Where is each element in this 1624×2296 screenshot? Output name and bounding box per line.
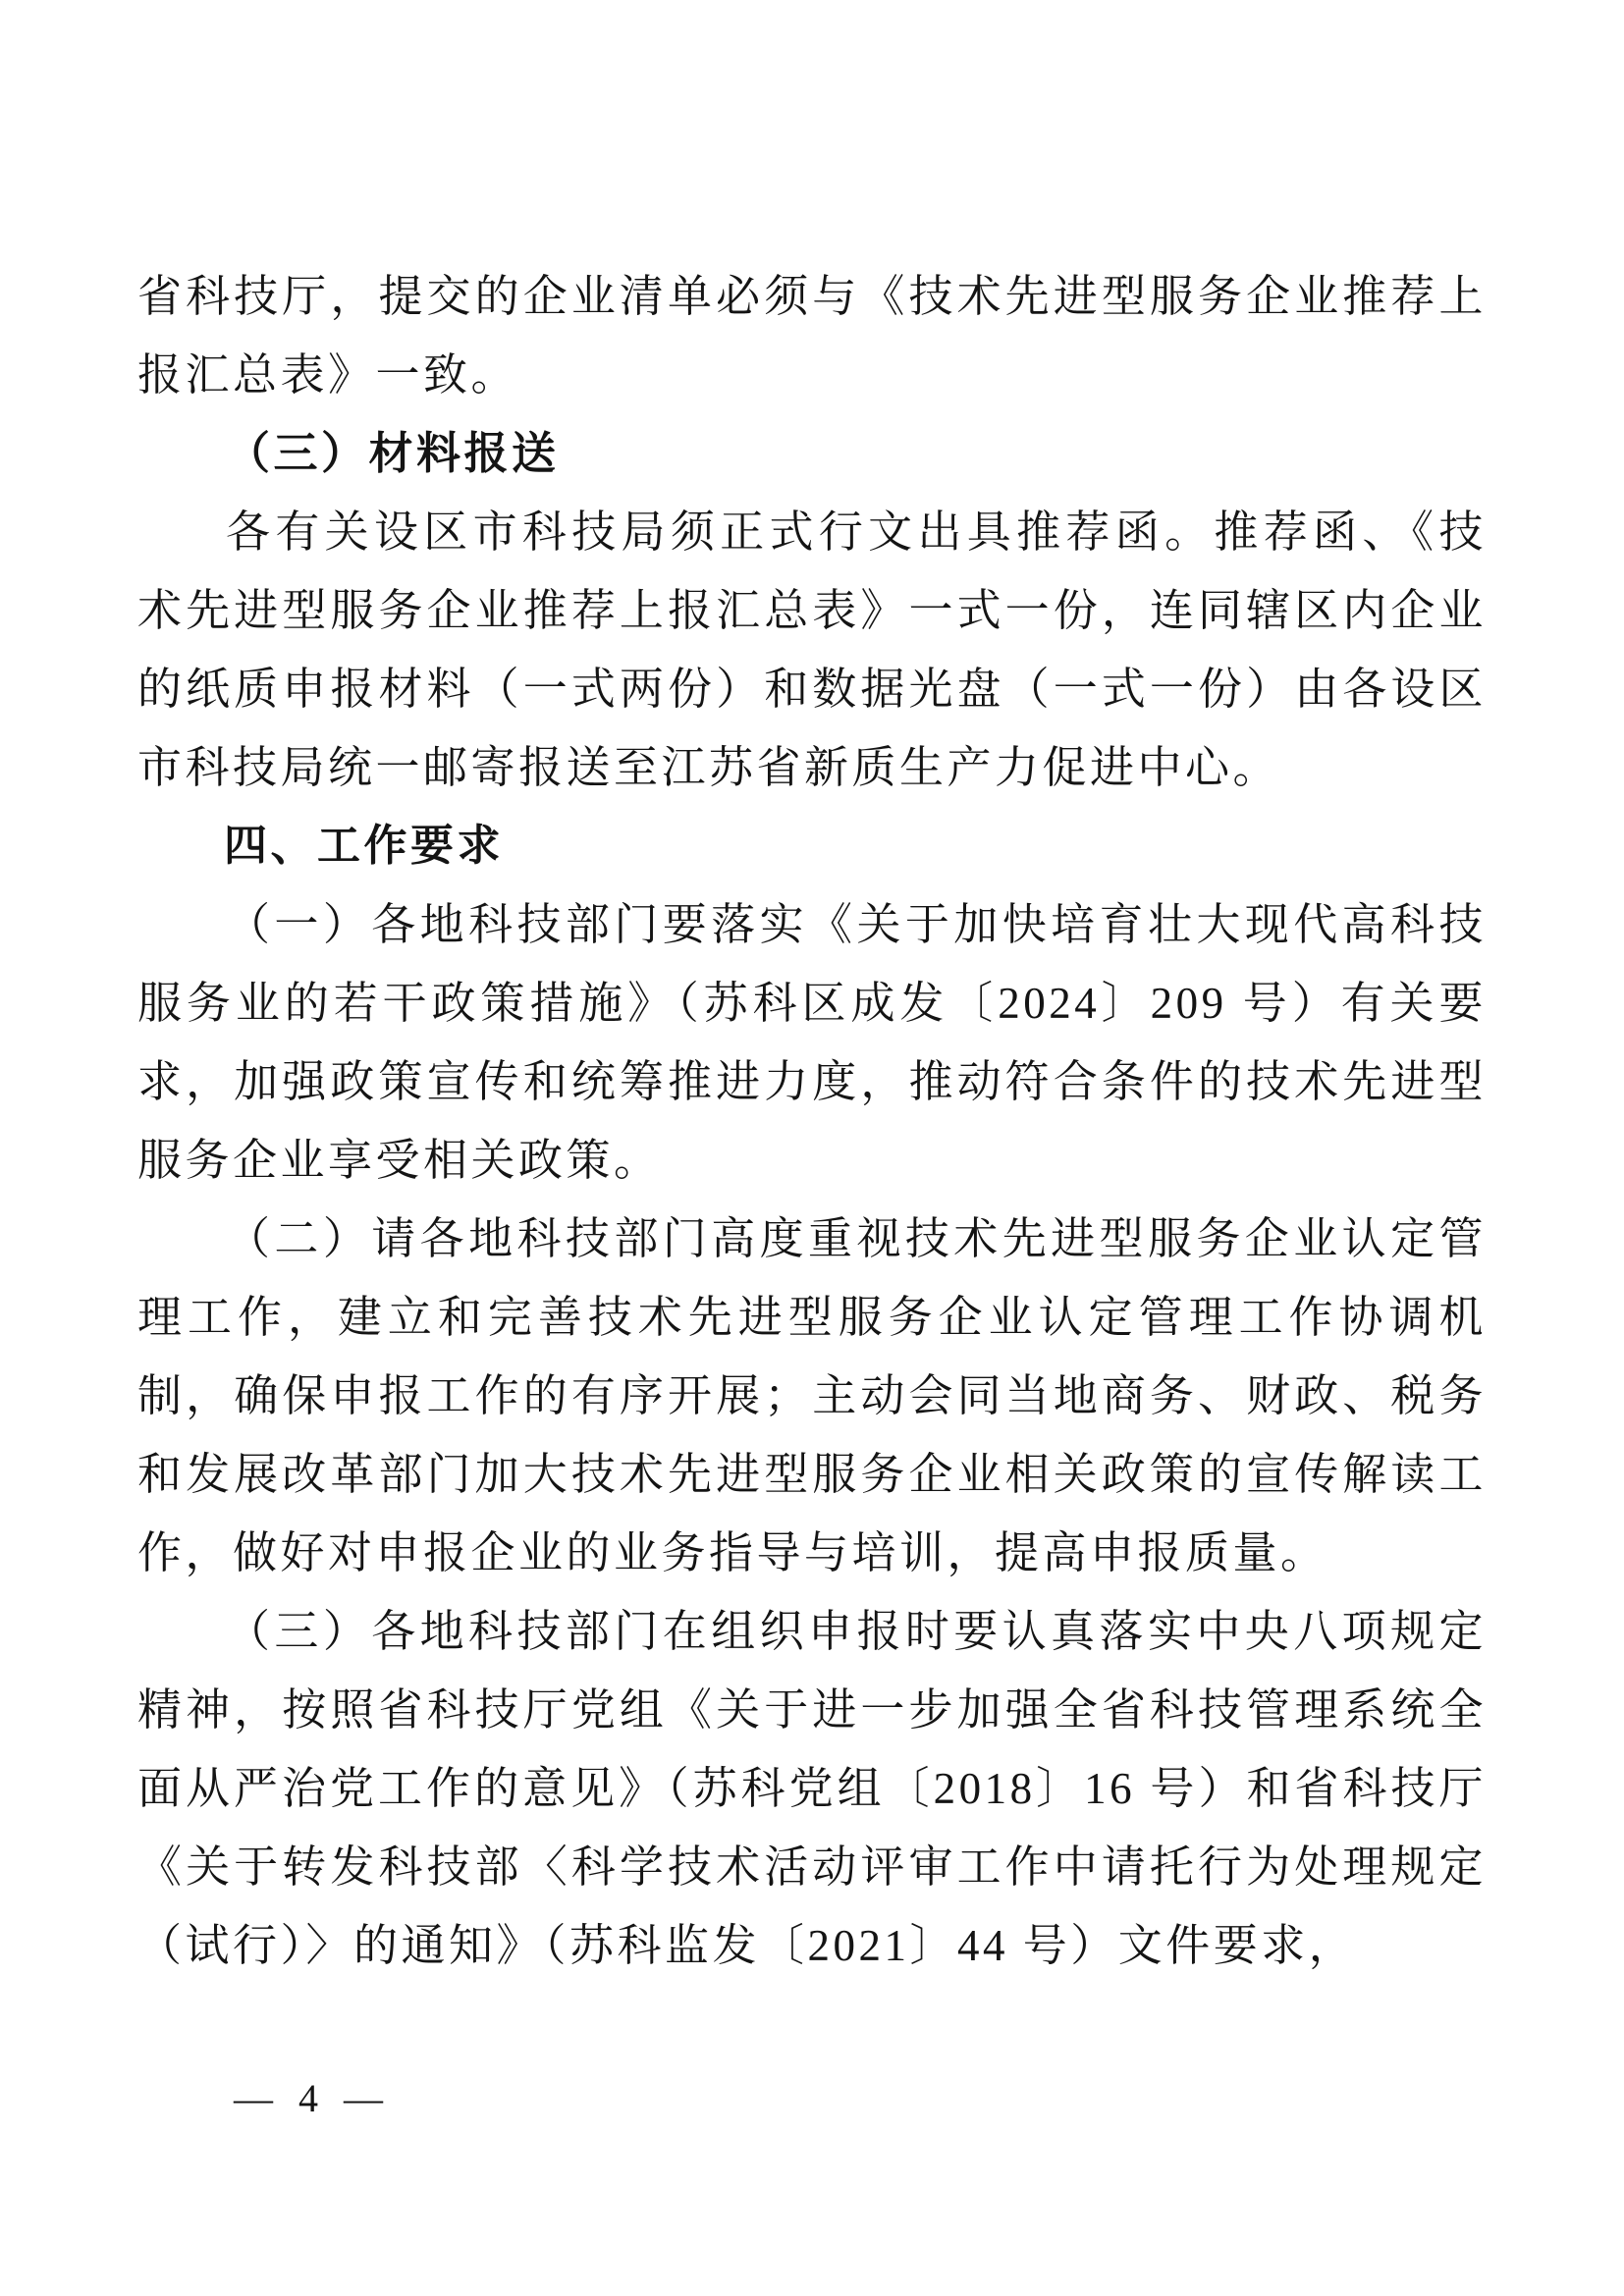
- document-body: 省科技厅，提交的企业清单必须与《技术先进型服务企业推荐上报汇总表》一致。 （三）…: [137, 257, 1487, 1985]
- document-page: 省科技厅，提交的企业清单必须与《技术先进型服务企业推荐上报汇总表》一致。 （三）…: [0, 0, 1624, 2296]
- paragraph-requirement-2: （二）请各地科技部门高度重视技术先进型服务企业认定管理工作，建立和完善技术先进型…: [137, 1200, 1487, 1592]
- paragraph-continuation: 省科技厅，提交的企业清单必须与《技术先进型服务企业推荐上报汇总表》一致。: [137, 257, 1487, 414]
- paragraph-requirement-1: （一）各地科技部门要落实《关于加快培育壮大现代高科技服务业的若干政策措施》（苏科…: [137, 885, 1487, 1200]
- paragraph-material-submission: 各有关设区市科技局须正式行文出具推荐函。推荐函、《技术先进型服务企业推荐上报汇总…: [137, 493, 1487, 807]
- paragraph-requirement-3: （三）各地科技部门在组织申报时要认真落实中央八项规定精神，按照省科技厅党组《关于…: [137, 1592, 1487, 1985]
- page-number: — 4 —: [234, 2069, 391, 2128]
- subsection-heading-material-submission: （三）材料报送: [137, 414, 1487, 493]
- section-heading-work-requirements: 四、工作要求: [137, 807, 1487, 885]
